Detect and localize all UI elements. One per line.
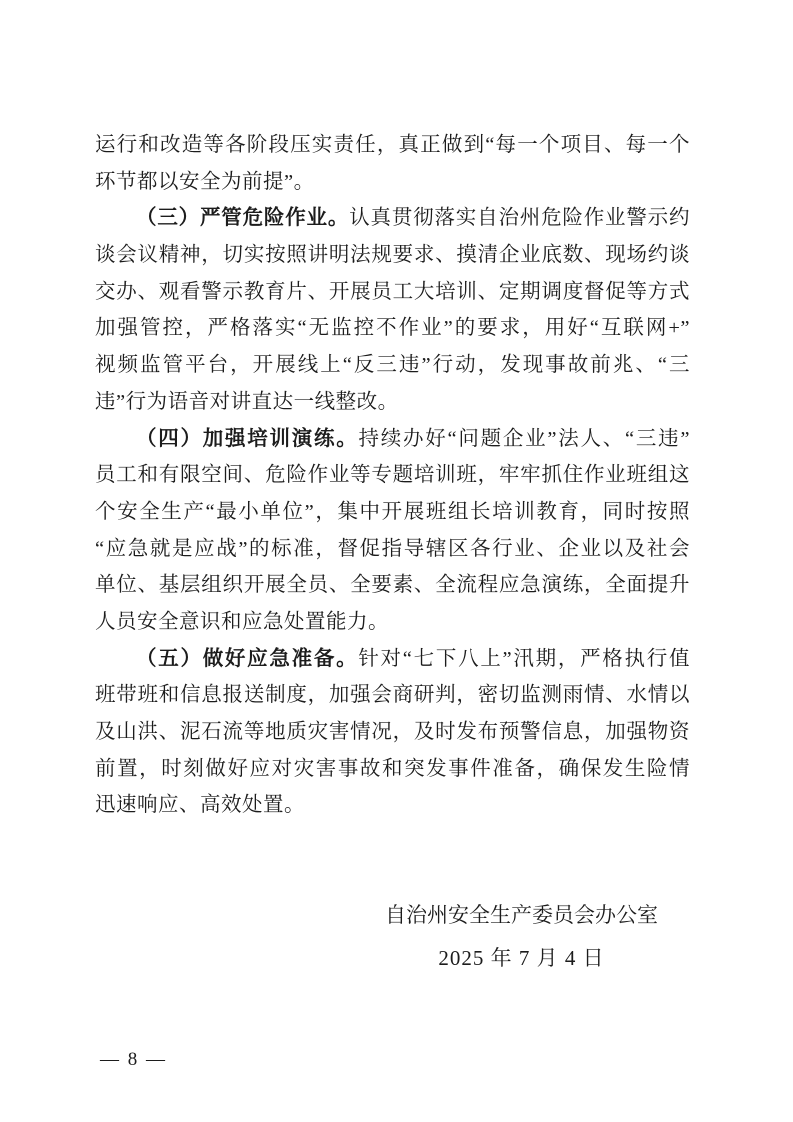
paragraph-3-heading: （三）严管危险作业。: [136, 207, 349, 229]
body-line-text: 环节都以安全为前提”。: [95, 171, 315, 193]
document-page: 运行和改造等各阶段压实责任，真正做到“每一个项目、每一个 环节都以安全为前提”。…: [0, 0, 793, 1122]
body-line: 交办、观看警示教育片、开展员工大培训、定期调度督促等方式: [95, 274, 690, 311]
body-line: 迅速响应、高效处置。: [95, 787, 690, 824]
body-line-text: 人员安全意识和应急处置能力。: [95, 611, 389, 633]
document-body: 运行和改造等各阶段压实责任，真正做到“每一个项目、每一个 环节都以安全为前提”。…: [95, 127, 690, 824]
body-line-text: 认真贯彻落实自治州危险作业警示约: [349, 207, 690, 229]
body-line-paragraph-3-start: （三）严管危险作业。认真贯彻落实自治州危险作业警示约: [95, 200, 690, 237]
body-line-text: 个安全生产“最小单位”，集中开展班组长培训教育，同时按照: [95, 501, 690, 523]
page-number: — 8 —: [100, 1048, 167, 1072]
body-line: 加强管控，严格落实“无监控不作业”的要求，用好“互联网+”: [95, 310, 690, 347]
body-line: 个安全生产“最小单位”，集中开展班组长培训教育，同时按照: [95, 494, 690, 531]
body-line-text: 班带班和信息报送制度，加强会商研判，密切监测雨情、水情以: [95, 684, 690, 706]
body-line-text: “应急就是应战”的标准，督促指导辖区各行业、企业以及社会: [95, 538, 690, 560]
body-line-text: 运行和改造等各阶段压实责任，真正做到“每一个项目、每一个: [95, 134, 690, 156]
body-line-paragraph-5-start: （五）做好应急准备。针对“七下八上”汛期，严格执行值: [95, 641, 690, 678]
paragraph-5-heading: （五）做好应急准备。: [136, 648, 358, 670]
body-line-text: 谈会议精神，切实按照讲明法规要求、摸清企业底数、现场约谈: [95, 244, 690, 266]
body-line: 及山洪、泥石流等地质灾害情况，及时发布预警信息，加强物资: [95, 714, 690, 751]
body-line: 班带班和信息报送制度，加强会商研判，密切监测雨情、水情以: [95, 677, 690, 714]
body-line: 谈会议精神，切实按照讲明法规要求、摸清企业底数、现场约谈: [95, 237, 690, 274]
body-line-text: 针对“七下八上”汛期，严格执行值: [358, 648, 690, 670]
body-line: 环节都以安全为前提”。: [95, 164, 690, 201]
body-line-text: 视频监管平台，开展线上“反三违”行动，发现事故前兆、“三: [95, 354, 690, 376]
body-line: 人员安全意识和应急处置能力。: [95, 604, 690, 641]
body-line-text: 单位、基层组织开展全员、全要素、全流程应急演练，全面提升: [95, 574, 690, 596]
signature-block: 自治州安全生产委员会办公室 2025 年 7 月 4 日: [385, 897, 658, 977]
body-line: 员工和有限空间、危险作业等专题培训班，牢牢抓住作业班组这: [95, 457, 690, 494]
body-line-text: 交办、观看警示教育片、开展员工大培训、定期调度督促等方式: [95, 281, 690, 303]
body-line-text: 违”行为语音对讲直达一线整改。: [95, 391, 399, 413]
body-line: 运行和改造等各阶段压实责任，真正做到“每一个项目、每一个: [95, 127, 690, 164]
body-line-text: 及山洪、泥石流等地质灾害情况，及时发布预警信息，加强物资: [95, 721, 690, 743]
body-line-paragraph-4-start: （四）加强培训演练。持续办好“问题企业”法人、“三违”: [95, 421, 690, 458]
signature-date: 2025 年 7 月 4 日: [385, 940, 658, 977]
body-line-text: 迅速响应、高效处置。: [95, 794, 305, 816]
body-line-text: 加强管控，严格落实“无监控不作业”的要求，用好“互联网+”: [95, 317, 690, 339]
body-line-text: 持续办好“问题企业”法人、“三违”: [359, 428, 690, 450]
body-line: 违”行为语音对讲直达一线整改。: [95, 384, 690, 421]
body-line: “应急就是应战”的标准，督促指导辖区各行业、企业以及社会: [95, 531, 690, 568]
body-line: 单位、基层组织开展全员、全要素、全流程应急演练，全面提升: [95, 567, 690, 604]
body-line: 前置，时刻做好应对灾害事故和突发事件准备，确保发生险情: [95, 751, 690, 788]
body-line-text: 前置，时刻做好应对灾害事故和突发事件准备，确保发生险情: [95, 758, 690, 780]
body-line: 视频监管平台，开展线上“反三违”行动，发现事故前兆、“三: [95, 347, 690, 384]
signature-organization: 自治州安全生产委员会办公室: [385, 897, 658, 934]
body-line-text: 员工和有限空间、危险作业等专题培训班，牢牢抓住作业班组这: [95, 464, 690, 486]
paragraph-4-heading: （四）加强培训演练。: [136, 428, 359, 450]
